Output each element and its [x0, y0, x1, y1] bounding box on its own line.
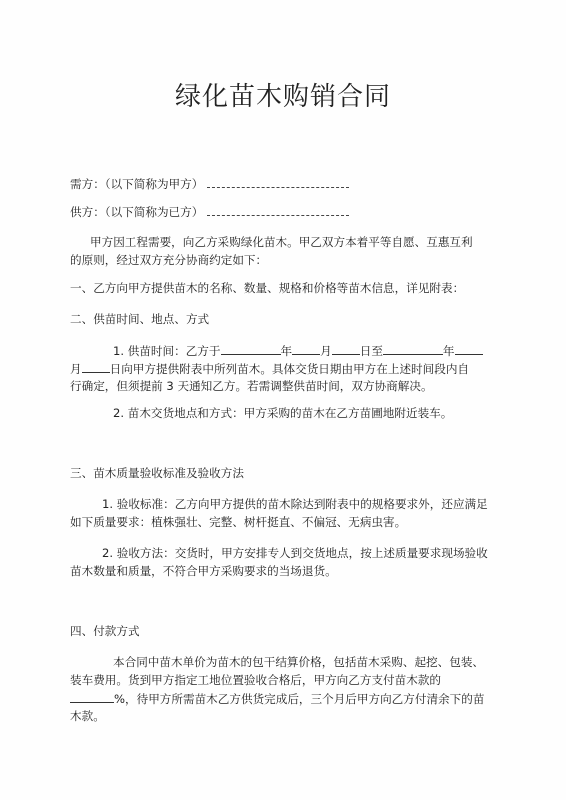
seller-line: 供方：（以下简称为已方）: [70, 204, 349, 219]
section3-item2-line2: 苗木数量和质量，不符合甲方采购要求的当场退货。: [70, 564, 337, 578]
day-to-label: 日至: [360, 344, 383, 358]
section4-line2: 装车费用。货到甲方指定工地位置验收合格后，甲方向乙方支付苗木款的: [70, 673, 441, 687]
document-title: 绿化苗木购销合同: [0, 76, 566, 113]
start-month-blank[interactable]: [292, 343, 320, 355]
seller-name-blank[interactable]: [207, 204, 349, 216]
supply-time-text: 日向甲方提供附表中所列苗木。具体交货日期由甲方在上述时间段内自: [110, 362, 469, 376]
payment-terms-text: %，待甲方所需苗木乙方供货完成后，三个月后甲方向乙方付清余下的苗: [114, 692, 484, 706]
section2-heading: 二、供苗时间、地点、方式: [70, 312, 209, 326]
section2-item1-line2: 月日向甲方提供附表中所列苗木。具体交货日期由甲方在上述时间段内自: [70, 361, 469, 376]
section2-item1-line1: 1. 供苗时间：乙方于年月日至年: [113, 343, 483, 358]
section3-heading: 三、苗木质量验收标准及验收方法: [70, 466, 244, 480]
end-year-blank[interactable]: [383, 343, 443, 355]
start-year-blank[interactable]: [221, 343, 281, 355]
section4-line3: %，待甲方所需苗木乙方供货完成后，三个月后甲方向乙方付清余下的苗: [70, 691, 484, 706]
month-label: 月: [320, 344, 332, 358]
section1-heading: 一、乙方向甲方提供苗木的名称、数量、规格和价格等苗木信息，详见附表：: [70, 281, 464, 295]
section4-line1: 本合同中苗木单价为苗木的包干结算价格，包括苗木采购、起挖、包装、: [113, 655, 484, 669]
buyer-name-blank[interactable]: [207, 176, 349, 188]
end-day-blank[interactable]: [82, 361, 110, 373]
preamble-line-2: 的原则，经过双方充分协商约定如下：: [70, 253, 267, 267]
end-month-blank[interactable]: [455, 343, 483, 355]
section2-item2: 2. 苗木交货地点和方式：甲方采购的苗木在乙方苗圃地附近装车。: [113, 406, 452, 420]
buyer-label: 需方：（以下简称为甲方）: [70, 177, 203, 191]
section3-item1-line2: 如下质量要求：植株强壮、完整、树杆挺直、不偏冠、无病虫害。: [70, 515, 406, 529]
buyer-line: 需方：（以下简称为甲方）: [70, 176, 349, 191]
month-label-2: 月: [70, 362, 82, 376]
year-label-2: 年: [443, 344, 455, 358]
seller-label: 供方：（以下简称为已方）: [70, 205, 203, 219]
year-label: 年: [281, 344, 293, 358]
supply-time-label: 1. 供苗时间：乙方于: [113, 344, 221, 358]
contract-page: 绿化苗木购销合同 需方：（以下简称为甲方） 供方：（以下简称为已方） 甲方因工程…: [0, 0, 566, 800]
section4-heading: 四、付款方式: [70, 624, 140, 638]
payment-percent-blank[interactable]: [70, 691, 114, 703]
section3-item1-line1: 1. 验收标准：乙方向甲方提供的苗木除达到附表中的规格要求外，还应满足: [102, 497, 488, 511]
preamble-line-1: 甲方因工程需要，向乙方采购绿化苗木。甲乙双方本着平等自愿、互惠互利: [90, 235, 473, 249]
section4-line4: 木款。: [70, 709, 105, 723]
section3-item2-line1: 2. 验收方法：交货时，甲方安排专人到交货地点，按上述质量要求现场验收: [102, 546, 488, 560]
start-day-blank[interactable]: [332, 343, 360, 355]
section2-item1-line3: 行确定，但须提前 3 天通知乙方。若需调整供苗时间，双方协商解决。: [70, 379, 433, 393]
